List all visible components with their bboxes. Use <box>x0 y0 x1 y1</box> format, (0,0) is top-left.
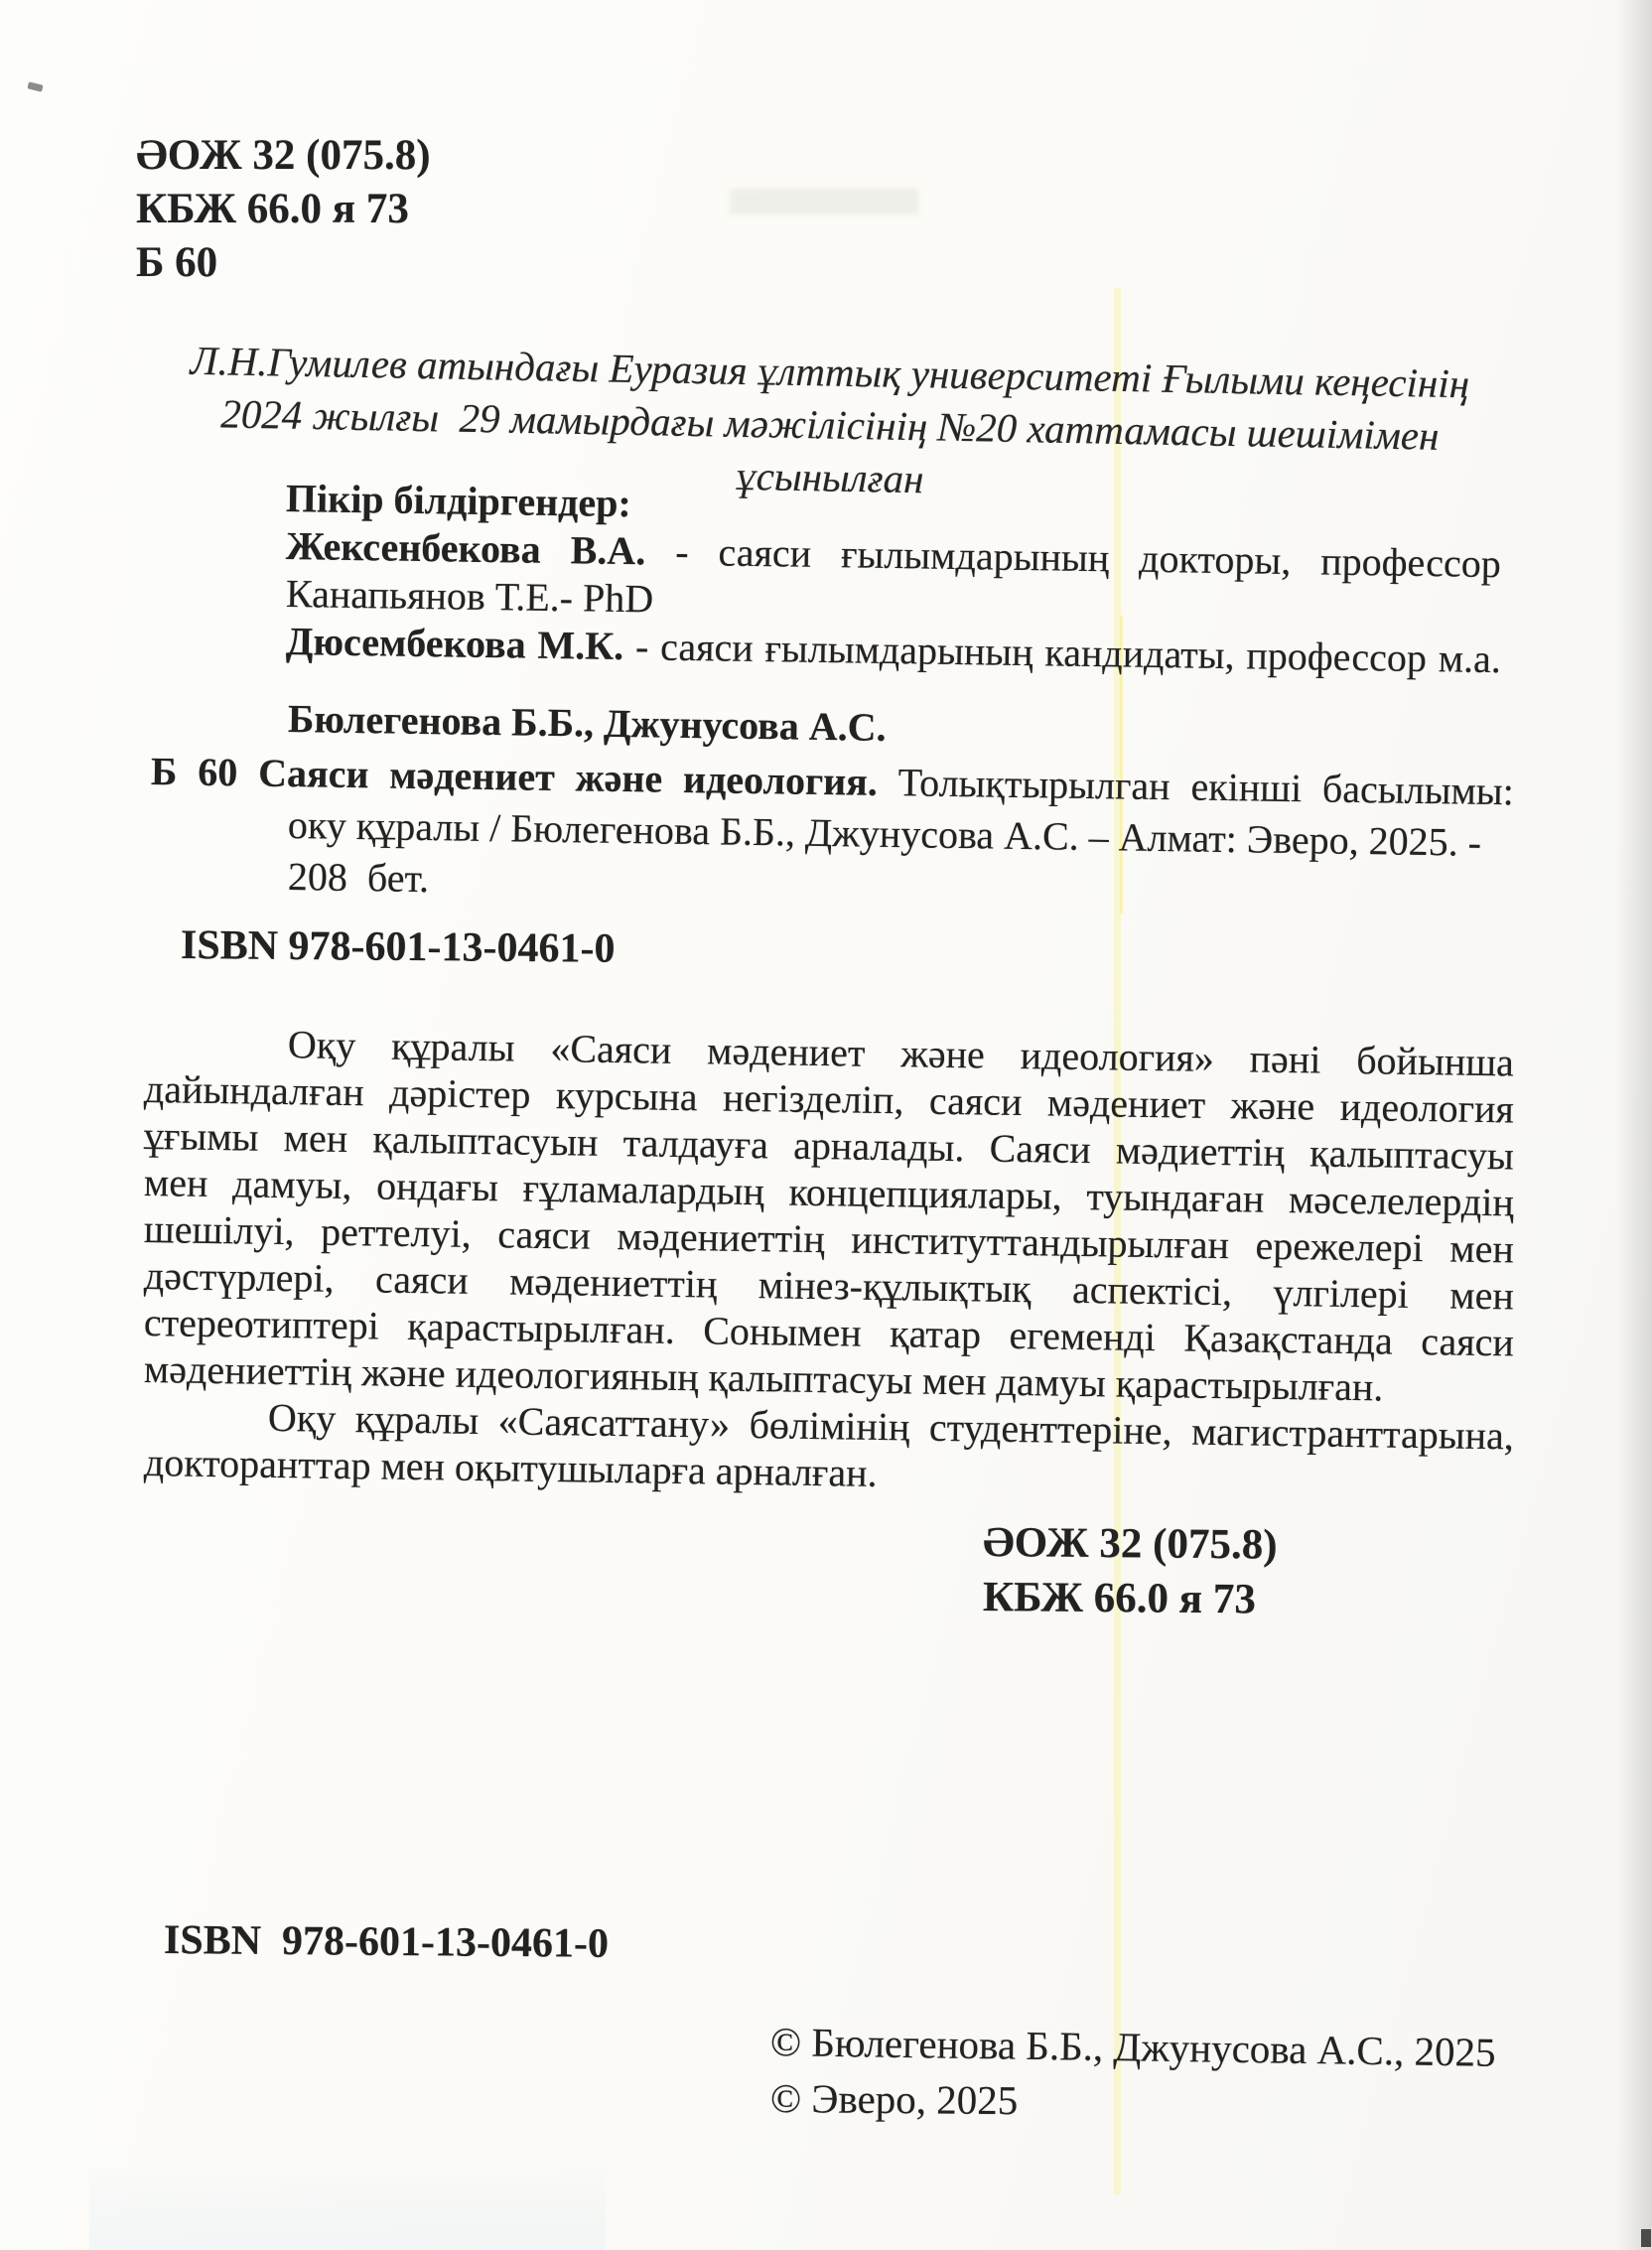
reviewer-2-name: Дюсембекова М.К. <box>286 619 624 668</box>
bib-authors: Бюлегенова Б.Б., Джунусова А.С. <box>288 695 887 751</box>
bib-edition-note: Толықтырылган екінші басылымы: <box>878 760 1515 814</box>
author-sign-code: Б 60 <box>136 236 431 290</box>
bib-title-bold: Б 60 Саяси мәдениет және идеология. <box>151 749 879 804</box>
reviewer-1-name: Жексенбекова В.А. <box>286 523 646 573</box>
scan-bleedthrough-smudge <box>730 189 918 214</box>
scan-speck-bottom-right <box>1641 2229 1651 2247</box>
annotation-block: Оқу құралы «Саяси мәдениет және идеологи… <box>144 1019 1514 1485</box>
copyright-publisher: © Эверо, 2025 <box>770 2070 1496 2133</box>
scan-edge-shadow <box>1616 0 1652 2250</box>
book-imprint-page: ӘОЖ 32 (075.8) КБЖ 66.0 я 73 Б 60 Л.Н.Гу… <box>0 0 1652 2250</box>
isbn-lower: ISBN 978-601-13-0461-0 <box>164 1916 609 1968</box>
udc-code: ӘОЖ 32 (075.8) <box>136 129 431 183</box>
bbk-code-bottom: КБЖ 66.0 я 73 <box>983 1570 1278 1627</box>
bib-pages: 208 бет. <box>288 853 430 902</box>
copyright-block: © Бюлегенова Б.Б., Джунусова А.С., 2025 … <box>770 2014 1496 2127</box>
bbk-code: КБЖ 66.0 я 73 <box>136 183 431 236</box>
udc-block-bottom: ӘОЖ 32 (075.8) КБЖ 66.0 я 73 <box>983 1515 1278 1624</box>
udc-block-top: ӘОЖ 32 (075.8) КБЖ 66.0 я 73 Б 60 <box>136 129 431 290</box>
approval-statement: Л.Н.Гумилев атындағы Еуразия ұлттық унив… <box>149 334 1511 492</box>
isbn-upper: ISBN 978-601-13-0461-0 <box>181 921 616 973</box>
scan-blue-streaks <box>89 2161 606 2250</box>
scan-speck-top-left <box>27 81 43 91</box>
reviewers-block: Пікір білдіргендер: Жексенбекова В.А. - … <box>286 475 1501 665</box>
udc-code-bottom: ӘОЖ 32 (075.8) <box>983 1515 1278 1573</box>
